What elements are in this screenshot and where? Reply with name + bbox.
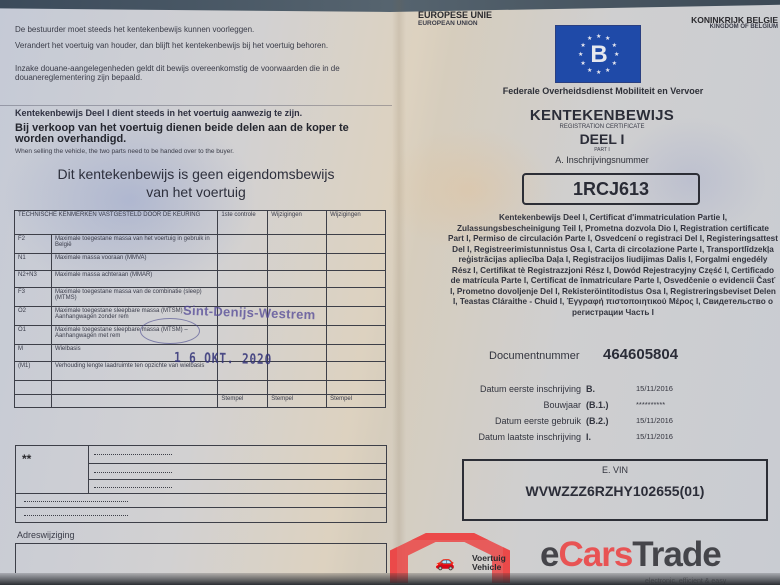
vin-number: WVWZZZ6RZHY102655(01) (464, 483, 766, 499)
multilingual-title: Kentekenbewijs Deel I, Certificat d'imma… (448, 213, 778, 318)
page-fold (392, 0, 406, 585)
registration-certificate-photo: De bestuurder moet steeds het kentekenbe… (0, 0, 780, 585)
star-icon: ★ (580, 61, 585, 67)
table-row: N2+N3 Maximale massa achteraan (MMAR) (15, 271, 386, 288)
date-label: Datum laatste inschrijving (406, 432, 581, 442)
row-code: O1 (15, 326, 52, 345)
registration-number-label: A. Inschrijvingsnummer (406, 155, 780, 165)
car-icon: 🚗 (435, 552, 455, 572)
brand-logo: eCarsTrade (540, 535, 721, 575)
date-label: Datum eerste gebruik (406, 416, 581, 426)
star-icon: ★ (578, 52, 583, 58)
table-row: N1 Maximale massa vooraan (MMVA) (15, 254, 386, 271)
brand-e: e (540, 535, 558, 574)
divider (88, 479, 386, 480)
star-icon: ★ (614, 52, 619, 58)
date-code: B. (586, 384, 595, 394)
column-header: 1ste controle (218, 211, 268, 235)
table-header-title: TECHNISCHE KENMERKEN VASTGESTELD DOOR DE… (15, 211, 218, 235)
blank-line (94, 472, 172, 473)
document-number: 464605804 (603, 346, 678, 363)
table-row (15, 381, 386, 395)
vehicle-label-en: Vehicle (472, 563, 506, 572)
column-header: Wijzigingen (327, 211, 386, 235)
row-code: M (15, 345, 52, 362)
column-header: Wijzigingen (268, 211, 327, 235)
country-label-en: KINGDOM OF BELGIUM (710, 24, 778, 30)
note-driver: De bestuurder moet steeds het kentekenbe… (15, 25, 254, 34)
left-page: De bestuurder moet steeds het kentekenbe… (0, 0, 392, 585)
stamp-date: 1 6 OKT. 2020 (174, 350, 272, 368)
ownership-line-2: van het voertuig (0, 183, 392, 201)
star-icon: ★ (587, 36, 592, 42)
star-icon: ★ (612, 43, 617, 49)
document-part-en: PART I (406, 147, 780, 153)
row-code: N1 (15, 254, 52, 271)
date-code: (B.1.) (586, 400, 609, 410)
blank-line (94, 487, 172, 488)
divider (16, 493, 386, 494)
row-code: (M1) (15, 362, 52, 381)
star-icon: ★ (612, 61, 617, 67)
note-sale-handover-en: When selling the vehicle, the two parts … (15, 147, 234, 156)
table-header-row: TECHNISCHE KENMERKEN VASTGESTELD DOOR DE… (15, 211, 386, 235)
document-title: KENTEKENBEWIJS (406, 107, 780, 124)
date-value: 15/11/2016 (636, 384, 673, 393)
divider (88, 446, 89, 493)
row-code (15, 381, 52, 395)
document-number-label: Documentnummer (489, 350, 579, 362)
issuing-authority: Federale Overheidsdienst Mobiliteit en V… (406, 86, 780, 96)
vehicle-label: Voertuig Vehicle (472, 554, 506, 572)
eu-label: EUROPESE UNIE (418, 10, 492, 20)
divider (0, 105, 392, 106)
row-code: F2 (15, 235, 52, 254)
address-change-box (15, 543, 387, 573)
note-customs: Inzake douane-aangelegenheden geldt dit … (15, 64, 380, 82)
eu-flag-icon: B ★★★★★★★★★★★★ (555, 25, 641, 83)
star-icon: ★ (596, 34, 601, 40)
stamp-label: Stempel (327, 395, 386, 408)
address-change-label: Adreswijziging (17, 530, 75, 540)
brand-trade: Trade (632, 535, 720, 574)
stamp-label: Stempel (218, 395, 268, 408)
star-icon: ★ (605, 36, 610, 42)
date-code: (B.2.) (586, 416, 609, 426)
row-code: O2 (15, 307, 52, 326)
background-edge (0, 573, 780, 585)
table-row: F2 Maximale toegestane massa van het voe… (15, 235, 386, 254)
document-title-en: REGISTRATION CERTIFICATE (406, 124, 780, 130)
row-desc (51, 381, 217, 395)
star-icon: ★ (580, 43, 585, 49)
row-code: F3 (15, 288, 52, 307)
right-page: EUROPESE UNIE EUROPEAN UNION KONINKRIJK … (406, 0, 780, 585)
row-desc: Maximale massa vooraan (MMVA) (51, 254, 217, 271)
blank-line (94, 454, 172, 455)
ownership-disclaimer: Dit kentekenbewijs is geen eigendomsbewi… (0, 165, 392, 201)
registration-number: 1RCJ613 (522, 173, 700, 205)
ownership-line-1: Dit kentekenbewijs is geen eigendomsbewi… (0, 165, 392, 183)
eu-label-en: EUROPEAN UNION (418, 20, 478, 27)
blank-line (24, 501, 128, 502)
stamp-row: Stempel Stempel Stempel (15, 395, 386, 408)
stamp-seal (140, 318, 200, 344)
brand-cars: Cars (558, 535, 632, 574)
divider (88, 463, 386, 464)
table-row: O1 Maximale toegestane sleepbare massa (… (15, 326, 386, 345)
blank-line (24, 515, 128, 516)
date-code: I. (586, 432, 591, 442)
note-owner-change: Verandert het voertuig van houder, dan b… (15, 41, 360, 50)
star-icon: ★ (605, 68, 610, 74)
star-icon: ★ (587, 68, 592, 74)
row-desc: Maximale massa achteraan (MMAR) (51, 271, 217, 288)
date-value: 15/11/2016 (636, 432, 673, 441)
note-sale-handover: Bij verkoop van het voertuig dienen beid… (15, 123, 360, 145)
date-value: 15/11/2016 (636, 416, 673, 425)
vin-box: E. VIN WVWZZZ6RZHY102655(01) (462, 459, 768, 521)
note-keep-in-vehicle: Kentekenbewijs Deel I dient steeds in he… (15, 109, 302, 118)
remarks-marker: ** (22, 452, 31, 466)
date-label: Bouwjaar (406, 400, 581, 410)
star-icon: ★ (596, 70, 601, 76)
remarks-box: ** (15, 445, 387, 523)
date-label: Datum eerste inschrijving (406, 384, 581, 394)
vin-label: E. VIN (464, 465, 766, 475)
row-desc: Maximale toegestane massa van het voertu… (51, 235, 217, 254)
date-value: ********** (636, 400, 665, 409)
stamp-label: Stempel (268, 395, 327, 408)
divider (16, 507, 386, 508)
document-part: DEEL I (406, 131, 780, 147)
row-code: N2+N3 (15, 271, 52, 288)
